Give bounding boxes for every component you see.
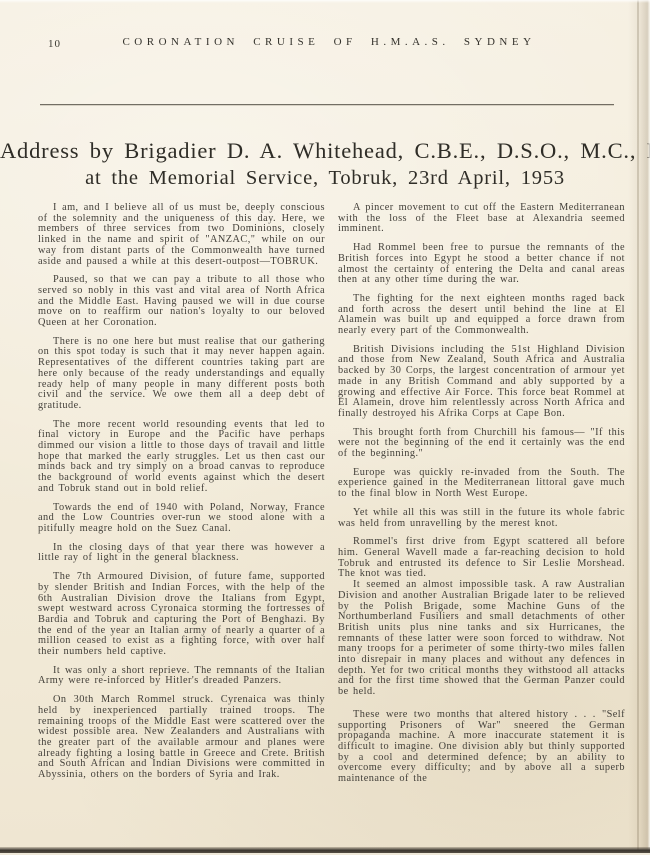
paragraph: I am, and I believe all of us must be, d… bbox=[38, 203, 325, 267]
running-header-title: CORONATION CRUISE OF H.M.A.S. SYDNEY bbox=[40, 36, 618, 48]
paragraph: It seemed an almost impossible task. A r… bbox=[338, 580, 625, 698]
paragraph: Europe was quickly re-invaded from the S… bbox=[338, 468, 625, 500]
running-header: 10 CORONATION CRUISE OF H.M.A.S. SYDNEY bbox=[40, 36, 618, 52]
page-edge-shadow-right bbox=[628, 0, 650, 855]
paragraph: This brought forth from Churchill his fa… bbox=[338, 428, 625, 460]
page-edge-highlight-top bbox=[0, 0, 650, 3]
page-edge-shadow-bottom bbox=[0, 847, 650, 853]
paragraph: There is no one here but must realise th… bbox=[38, 337, 325, 412]
paragraph: The fighting for the next eighteen month… bbox=[338, 294, 625, 337]
paragraph: A pincer movement to cut off the Eastern… bbox=[338, 203, 625, 235]
article-title: Address by Brigadier D. A. Whitehead, C.… bbox=[0, 138, 650, 190]
paragraph: These were two months that altered histo… bbox=[338, 710, 625, 785]
header-rule bbox=[40, 104, 614, 105]
body-columns: I am, and I believe all of us must be, d… bbox=[38, 203, 620, 793]
paragraph: British Divisions including the 51st Hig… bbox=[338, 345, 625, 420]
page-edge-line-right bbox=[637, 0, 639, 855]
paragraph: In the closing days of that year there w… bbox=[38, 543, 325, 564]
paragraph: Rommel's first drive from Egypt scattere… bbox=[338, 537, 625, 580]
paragraph: On 30th March Rommel struck. Cyrenaica w… bbox=[38, 695, 325, 781]
paragraph: Paused, so that we can pay a tribute to … bbox=[38, 275, 325, 329]
article-title-line-1: Address by Brigadier D. A. Whitehead, C.… bbox=[0, 138, 650, 164]
article-title-line-2: at the Memorial Service, Tobruk, 23rd Ap… bbox=[0, 167, 650, 190]
paragraph: Yet while all this was still in the futu… bbox=[338, 508, 625, 529]
paragraph: It was only a short reprieve. The remnan… bbox=[38, 666, 325, 687]
right-column: A pincer movement to cut off the Eastern… bbox=[338, 203, 625, 793]
paragraph: The 7th Armoured Division, of future fam… bbox=[38, 572, 325, 658]
left-column: I am, and I believe all of us must be, d… bbox=[38, 203, 325, 793]
paragraph: The more recent world resounding events … bbox=[38, 420, 325, 495]
paragraph: Towards the end of 1940 with Poland, Nor… bbox=[38, 503, 325, 535]
document-page: 10 CORONATION CRUISE OF H.M.A.S. SYDNEY … bbox=[0, 0, 650, 855]
paragraph: Had Rommel been free to pursue the remna… bbox=[338, 243, 625, 286]
